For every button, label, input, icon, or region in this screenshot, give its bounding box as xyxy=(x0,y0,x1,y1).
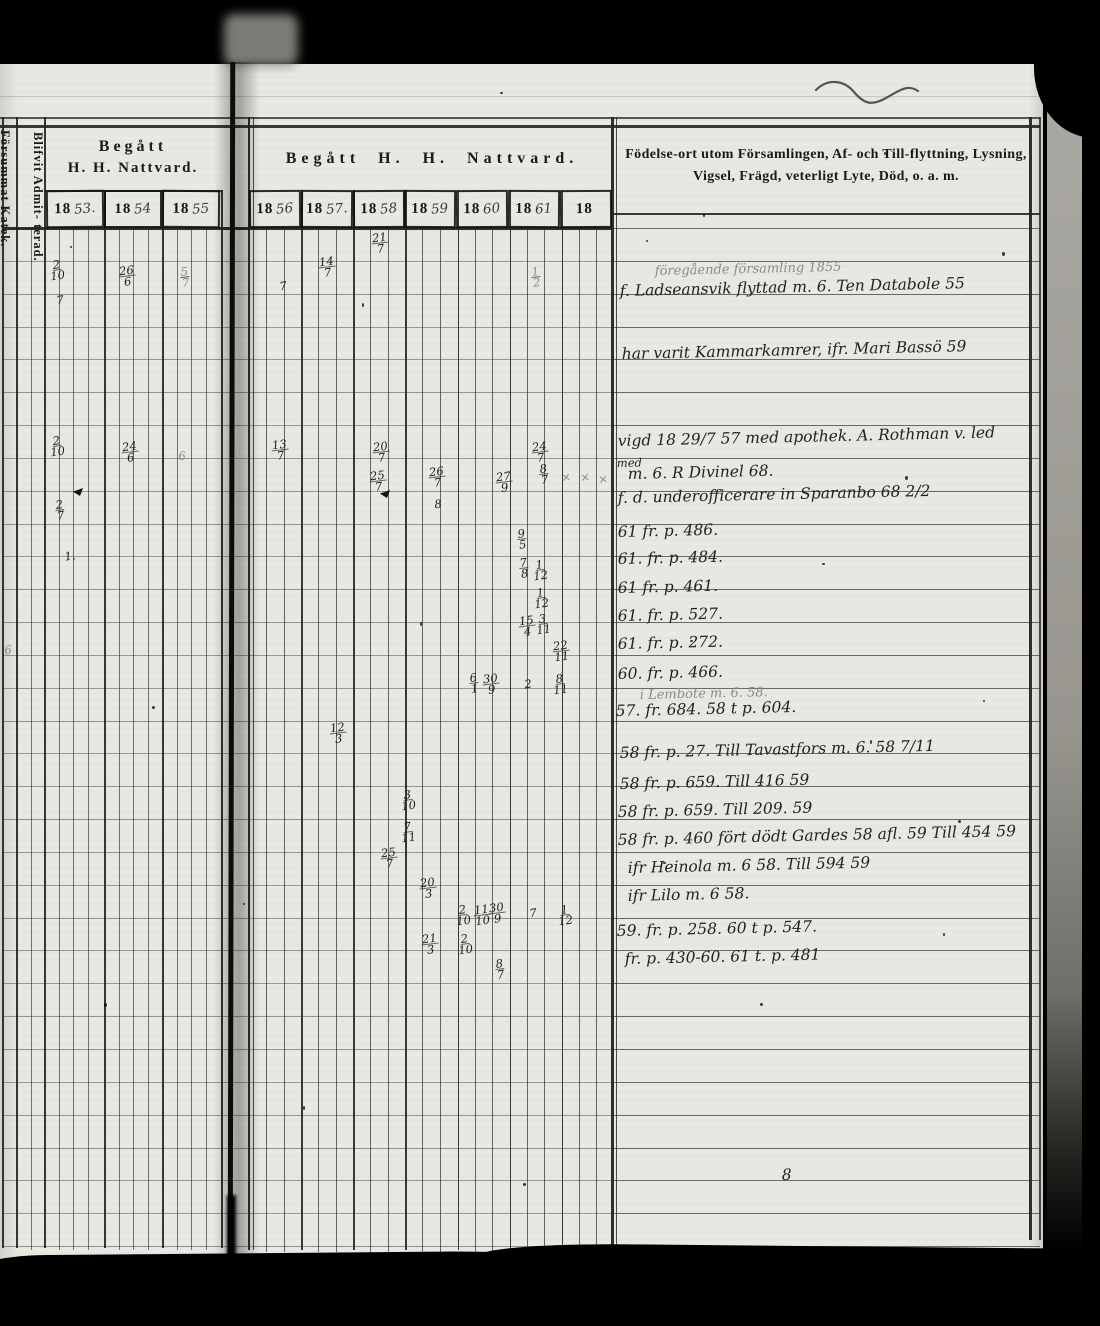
dust-speck xyxy=(905,476,908,480)
dust-speck xyxy=(822,563,825,565)
dust-speck xyxy=(104,1003,107,1007)
scan-noise-layer xyxy=(0,0,1100,1326)
binding-gutter-shadow xyxy=(214,62,260,1262)
dust-speck xyxy=(703,214,705,217)
dust-speck xyxy=(884,152,886,155)
dust-speck xyxy=(420,622,422,626)
dust-speck xyxy=(303,1106,305,1110)
dust-speck xyxy=(690,640,693,642)
scan-bottom-margin xyxy=(0,1268,1100,1326)
dust-speck xyxy=(70,246,72,248)
dust-speck xyxy=(1002,252,1005,256)
dust-speck xyxy=(646,240,648,242)
dust-speck xyxy=(958,820,961,823)
dust-speck xyxy=(663,862,666,864)
dust-speck xyxy=(152,706,155,709)
dust-speck xyxy=(500,92,503,94)
scanned-register-page: Försummat Katek. Blifvit Admit- terad. B… xyxy=(0,0,1100,1326)
dust-speck xyxy=(870,740,872,744)
dust-speck xyxy=(523,1183,526,1186)
dust-speck xyxy=(760,1003,763,1006)
dust-speck xyxy=(362,303,364,307)
dust-speck xyxy=(983,700,985,702)
dust-speck xyxy=(943,933,945,936)
